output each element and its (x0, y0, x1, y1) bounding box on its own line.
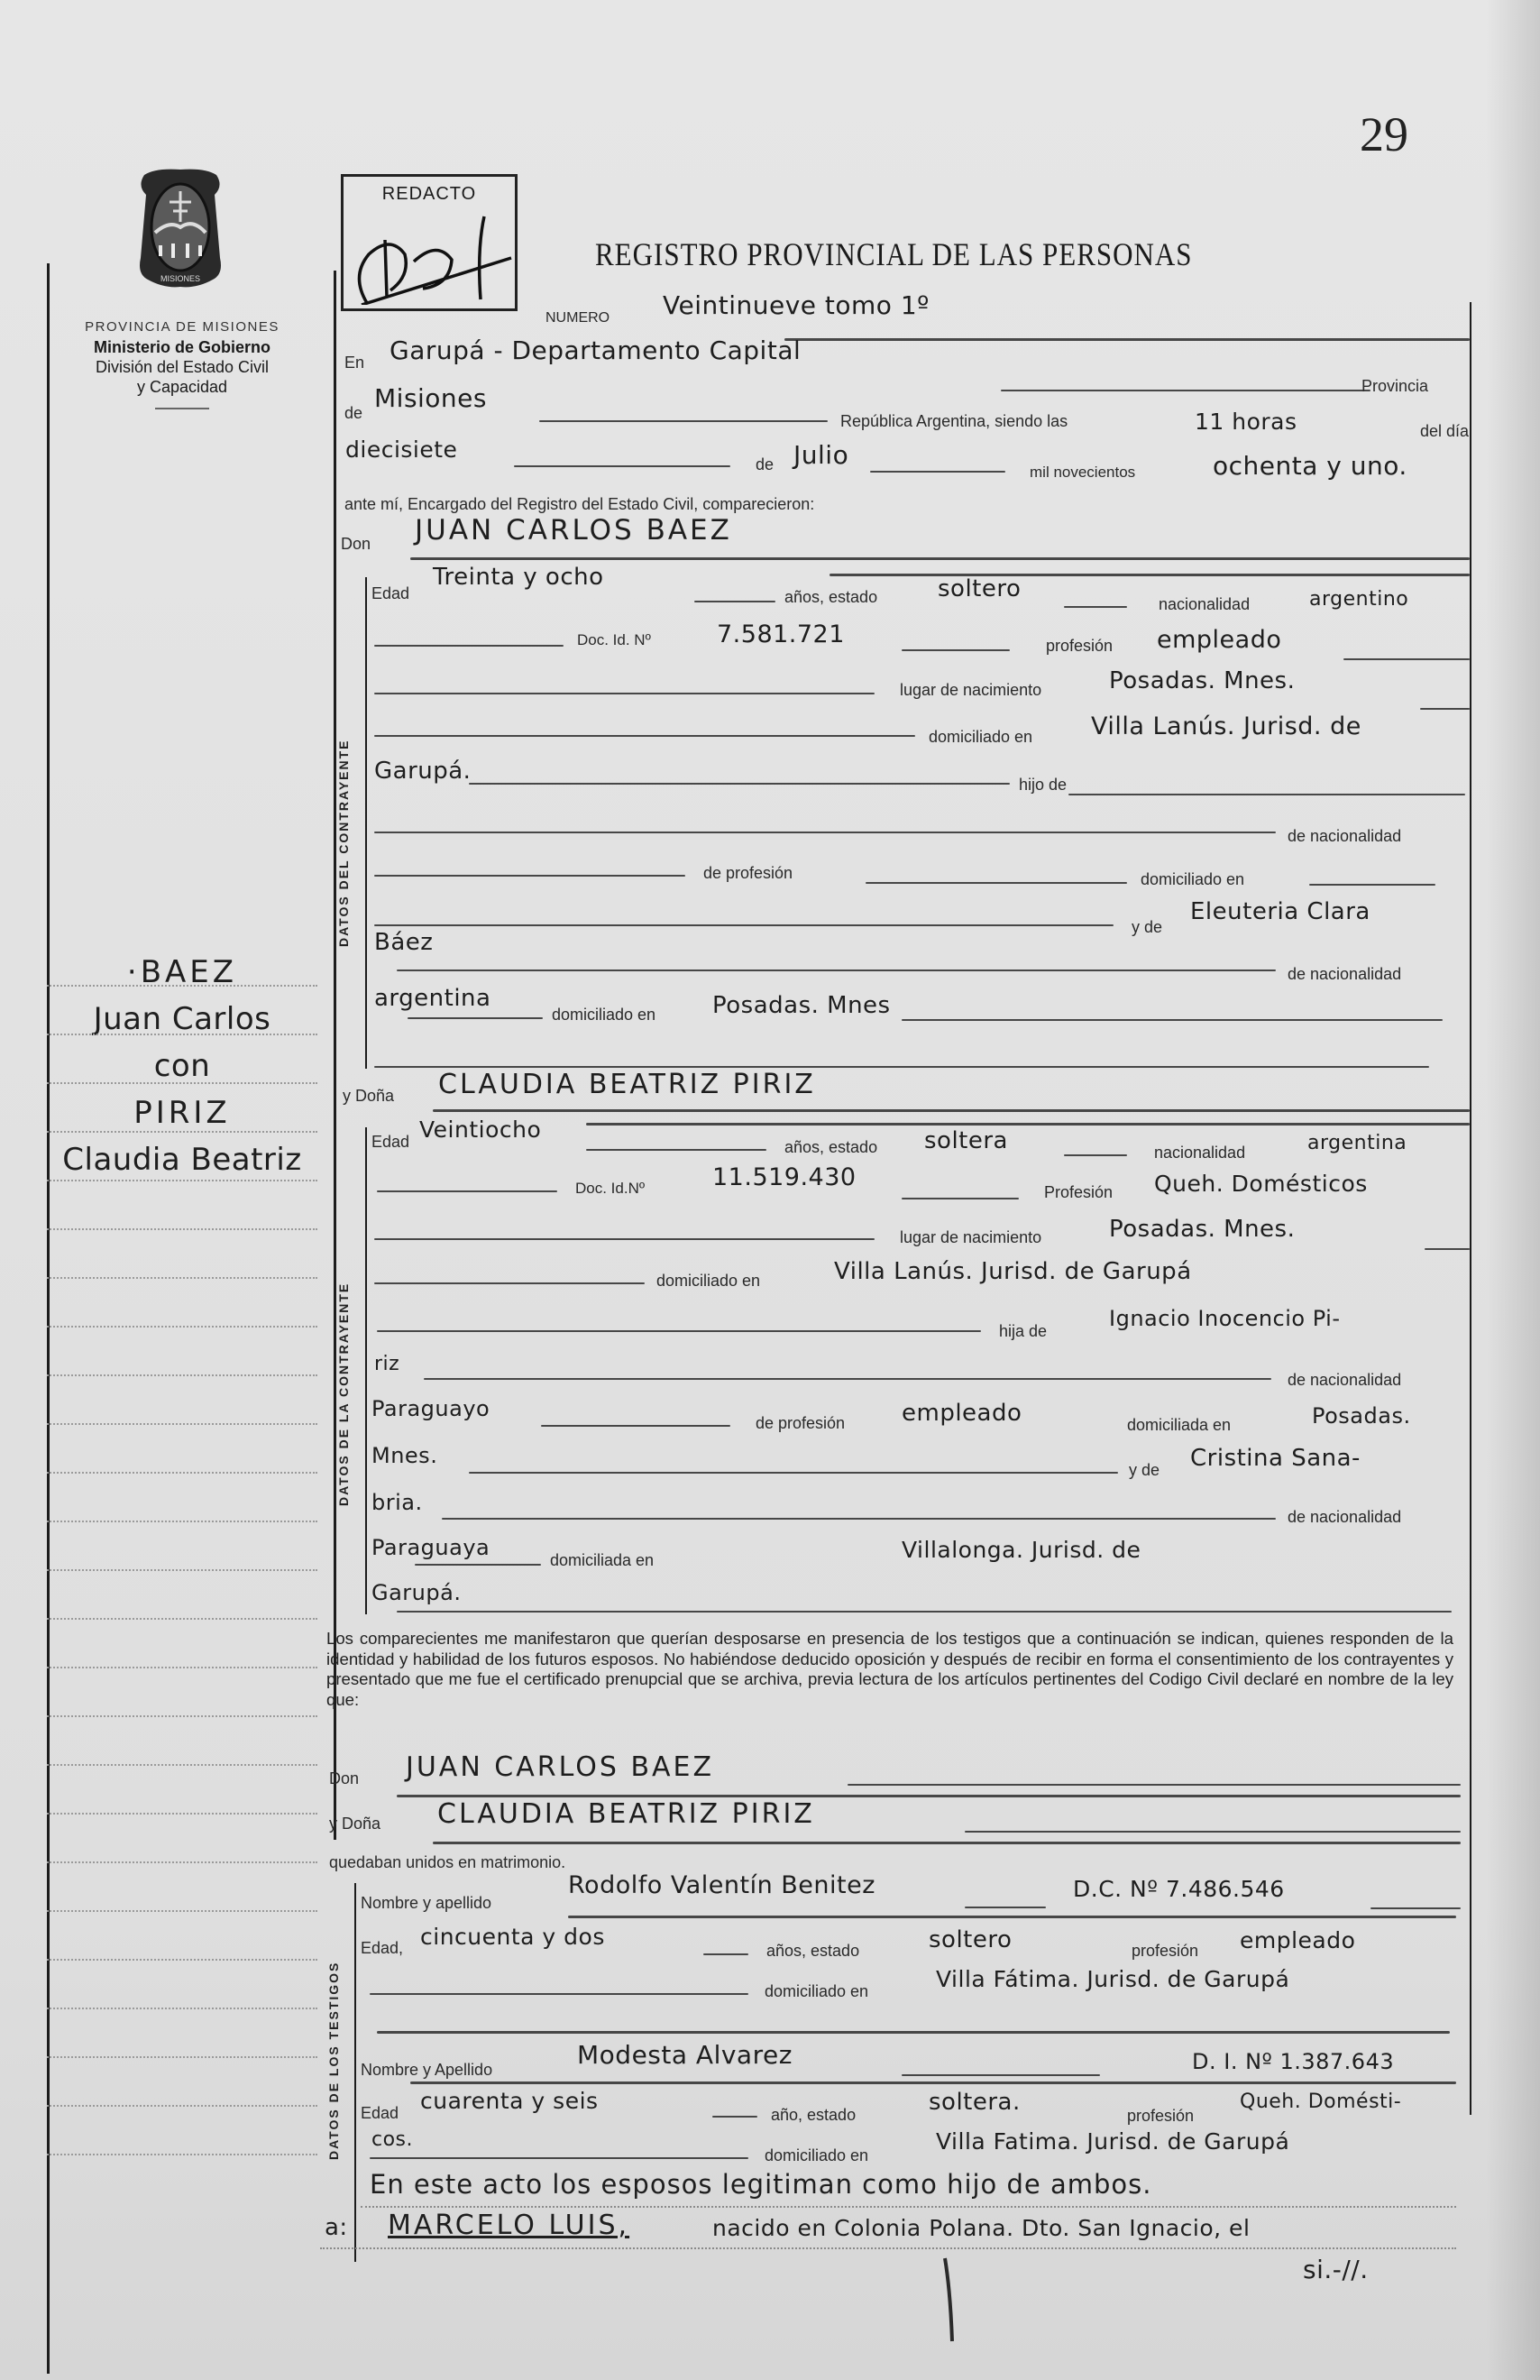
witness1-age: cincuenta y dos (420, 1924, 605, 1950)
groom-father-nat-underline (374, 832, 1276, 833)
bride-block-border (365, 1127, 367, 1614)
bride-hija-underline (377, 1330, 981, 1332)
bride-mother-value: Cristina Sana- (1190, 1445, 1361, 1472)
groom-father-prof-underline-2 (866, 882, 1127, 884)
bride-father-nationality-value: Paraguayo (371, 1396, 490, 1421)
numero-value: Veintinueve tomo 1º (663, 290, 930, 320)
ministry-header: PROVINCIA DE MISIONES Ministerio de Gobi… (47, 317, 317, 409)
ante-text: ante mí, Encargado del Registro del Esta… (344, 495, 814, 514)
groom-father-nac-label: de nacionalidad (1288, 827, 1401, 846)
bride-mother-value-2: bria. (371, 1490, 423, 1515)
bride-father-domicile-value: Posadas. (1312, 1403, 1411, 1429)
groom-nacionalidad-label: nacionalidad (1159, 595, 1250, 614)
form-left-border (334, 271, 336, 1840)
groom-domicile-underline (374, 735, 915, 737)
groom-status-value: soltero (938, 575, 1021, 602)
witness2-name: Modesta Alvarez (577, 2040, 793, 2070)
witness1-domicile-underline (370, 1993, 748, 1995)
annotation-rule-1 (361, 2206, 1456, 2208)
annotation-line-1: En este acto los esposos legitiman como … (370, 2169, 1152, 2200)
groom-profession-value: empleado (1157, 626, 1281, 654)
witness1-name-underline-2 (568, 1916, 1456, 1918)
province-label: PROVINCIA DE MISIONES (47, 317, 317, 337)
groom-nationality-value: argentino (1309, 588, 1408, 611)
groom-hijo-underline (469, 783, 1010, 785)
witness2-status: soltera. (929, 2089, 1021, 2116)
groom-doc-value: 7.581.721 (717, 620, 845, 648)
republica-text: República Argentina, siendo las (840, 412, 1068, 431)
del-dia-label: del día (1420, 422, 1469, 441)
witness2-domicile: Villa Fatima. Jurisd. de Garupá (936, 2128, 1289, 2155)
declaration-groom-underline (848, 1784, 1461, 1786)
witness2-domicile-underline (370, 2157, 748, 2159)
bride-father-profession-value: empleado (902, 1400, 1022, 1427)
adopted-child-name: MARCELO LUIS, (388, 2210, 629, 2241)
bride-birthplace-value: Posadas. Mnes. (1109, 1216, 1295, 1243)
groom-birth-underline-right (1420, 708, 1470, 710)
bride-birth-underline (374, 1238, 875, 1240)
groom-status-underline (1064, 606, 1127, 608)
groom-name-underline-2 (830, 574, 1470, 576)
margin-ruled-lines (47, 985, 317, 2202)
witness2-name-underline-2 (410, 2081, 1456, 2084)
groom-age-underline (694, 601, 775, 602)
bride-age-underline-b (586, 1149, 766, 1151)
registry-title: REGISTRO PROVINCIAL DE LAS PERSONAS (595, 236, 1193, 273)
dona-label: y Doña (343, 1087, 394, 1106)
bride-status-underline (1064, 1154, 1127, 1156)
groom-birthplace-value: Posadas. Mnes. (1109, 667, 1295, 694)
bride-domicile-underline (374, 1282, 645, 1284)
bride-anos-label: años, estado (784, 1138, 877, 1157)
declaration-dona-label: y Doña (329, 1815, 380, 1833)
witness1-profesion-label: profesión (1132, 1942, 1198, 1961)
bride-domicile-value: Villa Lanús. Jurisd. de Garupá (834, 1258, 1192, 1285)
witness2-edad-label: Edad (361, 2104, 399, 2123)
witness1-name: Rodolfo Valentín Benitez (568, 1871, 875, 1899)
svg-text:MISIONES: MISIONES (160, 274, 200, 283)
witness2-profession-2: cos. (371, 2128, 413, 2151)
de-province-label: de (344, 404, 362, 423)
witness1-name-underline (965, 1907, 1046, 1908)
witness1-edad-label: Edad, (361, 1939, 403, 1958)
declaration-groom-underline-2 (397, 1795, 1461, 1797)
bride-mother-underline (469, 1472, 1118, 1474)
groom-section-label: DATOS DEL CONTRAYENTE (336, 739, 351, 947)
bride-status-value: soltera (924, 1127, 1008, 1154)
groom-doc-underline-right (902, 649, 1010, 651)
redacto-label: REDACTO (344, 184, 515, 205)
provincia-label: Provincia (1361, 377, 1428, 396)
page-number: 29 (1360, 106, 1408, 162)
hour-value: 11 horas (1195, 409, 1297, 435)
bride-name-underline (433, 1109, 1470, 1112)
groom-mother-nat-underline (397, 969, 1276, 971)
groom-name: JUAN CARLOS BAEZ (415, 514, 732, 547)
groom-hijo-label: hijo de (1019, 776, 1067, 795)
bride-name-underline-2 (586, 1123, 1470, 1126)
annotation-prefix: a: (325, 2214, 348, 2241)
groom-doc-label: Doc. Id. Nº (577, 631, 651, 649)
groom-y-de-label: y de (1132, 918, 1162, 937)
bride-nationality-value: argentina (1307, 1132, 1407, 1154)
groom-mother-underline (374, 924, 1114, 926)
declaration-groom-name: JUAN CARLOS BAEZ (406, 1751, 714, 1783)
groom-age-value: Treinta y ocho (433, 564, 604, 591)
declaration-bride-underline-2 (433, 1842, 1461, 1844)
bride-father-prof-label: de profesión (756, 1414, 845, 1433)
groom-father-dom-underline (1309, 884, 1435, 886)
groom-profesion-label: profesión (1046, 637, 1113, 656)
day-value: diecisiete (345, 436, 457, 463)
redacto-stamp: REDACTO (341, 174, 518, 311)
bride-hija-label: hija de (999, 1322, 1047, 1341)
groom-father-prof-label: de profesión (703, 864, 793, 883)
page-shadow (1486, 0, 1540, 2380)
groom-mother-value: Eleuteria Clara (1190, 898, 1370, 925)
groom-mother-dom-label: domiciliado en (552, 1006, 655, 1025)
witness1-domicile: Villa Fátima. Jurisd. de Garupá (936, 1966, 1289, 1992)
groom-domicilio-label: domiciliado en (929, 728, 1032, 747)
witness1-nombre-label: Nombre y apellido (361, 1894, 491, 1913)
ministry-label: Ministerio de Gobierno (47, 337, 317, 357)
witness1-domicilio-label: domiciliado en (765, 1982, 868, 2001)
groom-mother-domicile-value: Posadas. Mnes (712, 992, 891, 1019)
bride-doc-underline-left (377, 1190, 557, 1192)
numero-label: NUMERO (545, 310, 610, 326)
groom-mother-dom-underline-2 (902, 1019, 1443, 1021)
bride-mother-nat-underline (442, 1518, 1276, 1520)
declaration-closing: quedaban unidos en matrimonio. (329, 1853, 565, 1872)
groom-domicile-value: Villa Lanús. Jurisd. de (1091, 712, 1361, 740)
province-underline (539, 420, 828, 422)
bride-doc-label: Doc. Id.Nº (575, 1180, 645, 1198)
day-underline (514, 465, 730, 467)
groom-profession-underline (1343, 658, 1470, 660)
witness1-bottom-line (377, 2031, 1450, 2034)
bride-mother-domicile-value: Villalonga. Jurisd. de (902, 1537, 1141, 1563)
witness-section-label: DATOS DE LOS TESTIGOS (326, 1962, 341, 2160)
groom-birth-underline (374, 693, 875, 694)
bride-mother-dom-label: domiciliada en (550, 1551, 654, 1570)
month-value: Julio (793, 440, 848, 470)
bride-edad-label: Edad (371, 1133, 409, 1152)
groom-edad-label: Edad (371, 584, 409, 603)
don-label: Don (341, 535, 371, 554)
witness2-name-underline (902, 2074, 1100, 2076)
groom-father-dom-label: domiciliado en (1141, 870, 1244, 889)
groom-mother-value-2: Báez (374, 929, 433, 956)
groom-doc-underline-left (374, 645, 564, 647)
bride-profession-value: Queh. Domésticos (1154, 1171, 1368, 1197)
bride-name: CLAUDIA BEATRIZ PIRIZ (438, 1069, 816, 1100)
bride-father-domicile-value-2: Mnes. (371, 1443, 437, 1468)
document-page: 29 MISIONES PROVINCIA DE MISIONES Minist… (0, 0, 1540, 2380)
bride-father-value-2: riz (374, 1353, 399, 1375)
declaration-bride-name: CLAUDIA BEATRIZ PIRIZ (437, 1798, 815, 1830)
witness2-anos-label: año, estado (771, 2106, 856, 2125)
division-label: División del Estado Civil (47, 357, 317, 377)
de-month-label: de (756, 455, 774, 474)
groom-mother-nac-label: de nacionalidad (1288, 965, 1401, 984)
locality-underline (1001, 390, 1370, 391)
bride-profesion-label: Profesión (1044, 1183, 1113, 1202)
witness2-profesion-label: profesión (1127, 2107, 1194, 2126)
declaration-bride-underline (965, 1831, 1461, 1833)
bride-mother-nac-label: de nacionalidad (1288, 1508, 1401, 1527)
witness2-profession: Queh. Domésti- (1240, 2091, 1401, 2113)
mil-novecientos-label: mil novecientos (1030, 464, 1135, 482)
bride-mother-domicile-value-2: Garupá. (371, 1580, 461, 1605)
year-value: ochenta y uno. (1213, 451, 1407, 481)
bride-section-label: DATOS DE LA CONTRAYENTE (336, 1282, 351, 1506)
bride-father-nat-underline-2 (541, 1425, 730, 1427)
groom-domicile-value-2: Garupá. (374, 758, 471, 785)
groom-mother-nationality-value: argentina (374, 985, 490, 1012)
witness1-status: soltero (929, 1926, 1012, 1953)
groom-mother-dom-underline (408, 1017, 543, 1019)
groom-anos-label: años, estado (784, 588, 877, 607)
bride-doc-underline-right (902, 1198, 1019, 1199)
witness2-domicilio-label: domiciliado en (765, 2146, 868, 2165)
bride-father-dom-label: domiciliada en (1127, 1416, 1231, 1435)
witness2-age-underline (712, 2116, 757, 2118)
bride-y-de-label: y de (1129, 1461, 1160, 1480)
witness1-doc-underline (1370, 1907, 1461, 1909)
bride-birth-underline-right (1425, 1248, 1470, 1250)
bride-domicilio-label: domiciliado en (656, 1272, 760, 1291)
pen-mark-icon (938, 2255, 965, 2345)
bride-block-bottom-line (397, 1611, 1452, 1613)
bride-mother-dom-underline (415, 1564, 541, 1566)
bride-father-nac-label: de nacionalidad (1288, 1371, 1401, 1390)
form-right-border (1470, 302, 1471, 2115)
capacity-label: y Capacidad (47, 377, 317, 397)
groom-name-underline (410, 557, 1470, 560)
province-value: Misiones (374, 383, 487, 413)
bride-age-value: Veintiocho (419, 1116, 541, 1143)
witness-block-border (354, 1883, 356, 2262)
witness2-nombre-label: Nombre y Apellido (361, 2061, 492, 2080)
bride-lugar-label: lugar de nacimiento (900, 1228, 1041, 1247)
bride-doc-value: 11.519.430 (712, 1163, 857, 1191)
witness1-anos-label: años, estado (766, 1942, 859, 1961)
groom-father-underline (1068, 794, 1465, 795)
bride-mother-nationality-value: Paraguaya (371, 1535, 490, 1560)
bride-father-nat-underline (424, 1378, 1271, 1380)
witness2-doc: D. I. Nº 1.387.643 (1192, 2049, 1394, 2074)
groom-lugar-label: lugar de nacimiento (900, 681, 1041, 700)
groom-block-border (365, 577, 367, 1069)
header-divider (155, 408, 209, 409)
declaration-don-label: Don (329, 1769, 359, 1788)
bride-father-value: Ignacio Inocencio Pi- (1109, 1306, 1341, 1331)
witness1-profession: empleado (1240, 1927, 1355, 1953)
annotation-line-2: nacido en Colonia Polana. Dto. San Ignac… (712, 2215, 1250, 2241)
signature-icon (351, 204, 513, 305)
witness1-doc: D.C. Nº 7.486.546 (1073, 1876, 1285, 1902)
annotation-rule-2 (320, 2247, 1456, 2249)
groom-father-prof-underline (374, 875, 685, 877)
bride-nacionalidad-label: nacionalidad (1154, 1144, 1245, 1162)
groom-block-bottom-line (374, 1066, 1429, 1068)
declaration-paragraph: Los comparecientes me manifestaron que q… (326, 1629, 1453, 1710)
en-label: En (344, 354, 364, 372)
month-underline (870, 471, 1005, 473)
numero-underline (784, 338, 1470, 341)
annotation-line-3: si.-//. (1303, 2255, 1369, 2284)
provincial-crest-icon: MISIONES (133, 168, 227, 289)
locality-value: Garupá - Departamento Capital (390, 335, 801, 365)
witness2-age: cuarenta y seis (420, 2088, 599, 2114)
witness1-age-underline (703, 1953, 748, 1955)
